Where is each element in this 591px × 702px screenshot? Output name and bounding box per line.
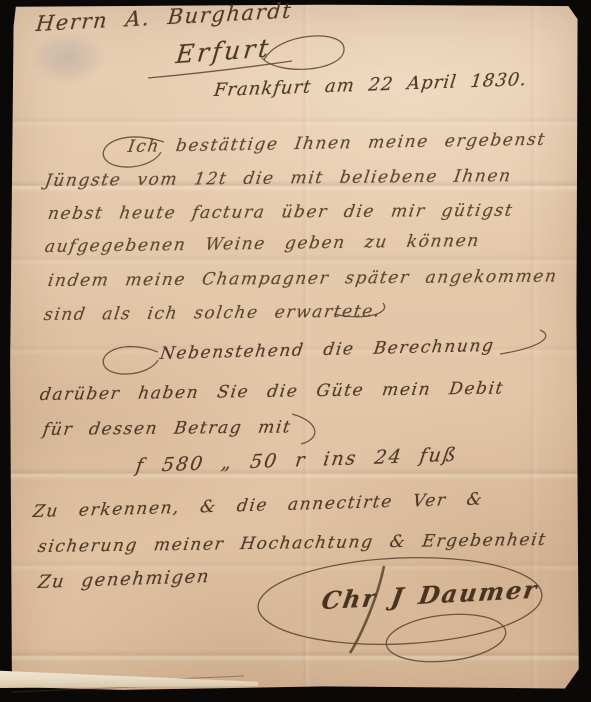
letter-line: nebst heute factura über die mir gütigst (46, 201, 514, 224)
stamp-smudge (25, 28, 111, 88)
photo-background: Herrn A. Burghardt Erfurt Frankfurt am 2… (0, 0, 591, 702)
letter-line: sind als ich solche erwartete. (43, 301, 383, 325)
fold-crease (9, 116, 581, 128)
fold-crease (9, 650, 581, 662)
letter-line: für dessen Betrag mit (42, 417, 293, 440)
